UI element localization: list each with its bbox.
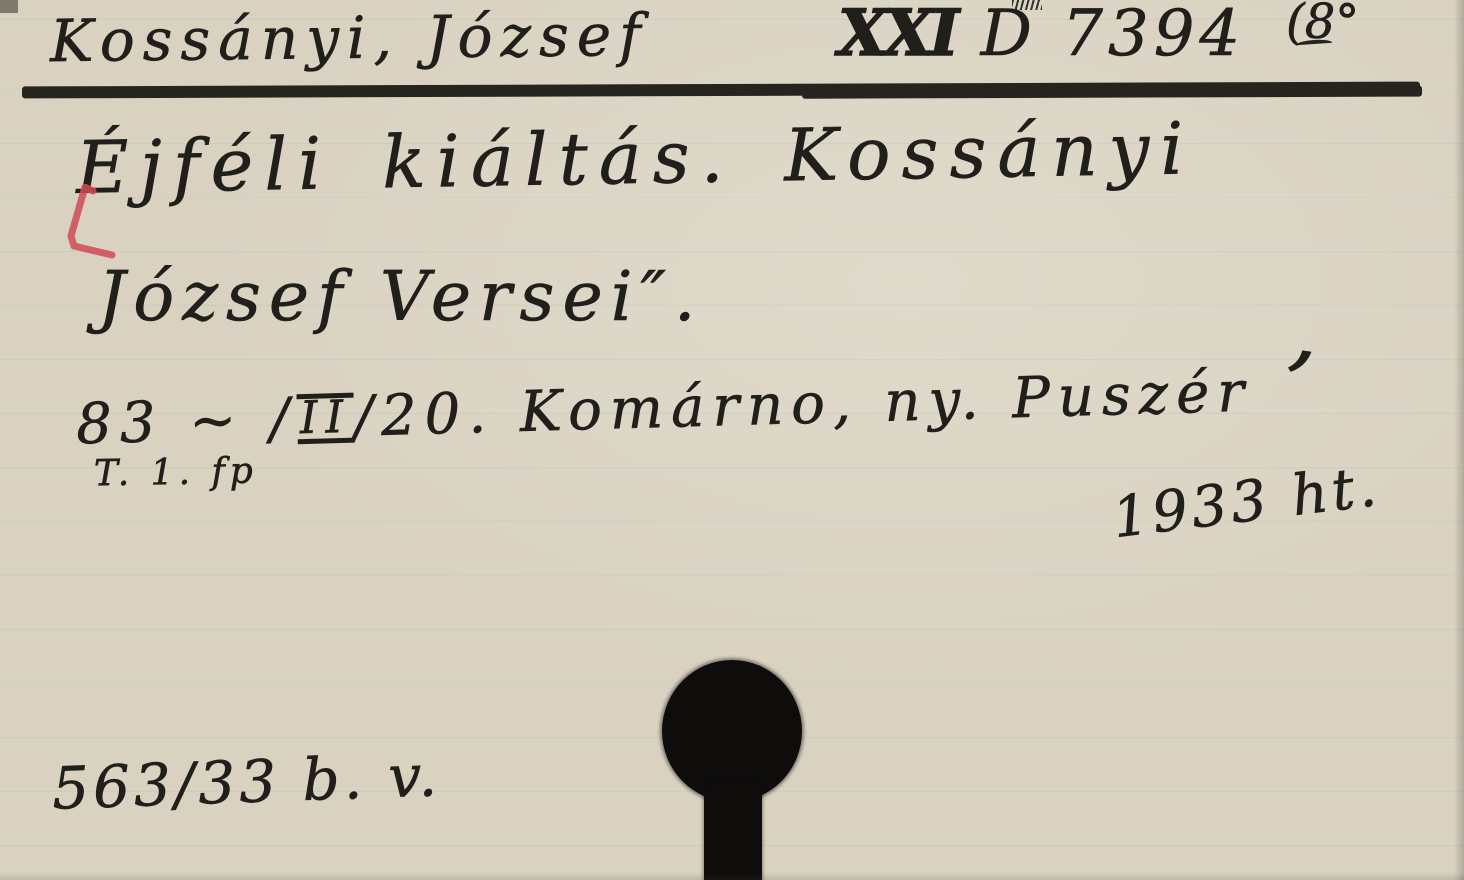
rod-hole-slot: [704, 784, 762, 880]
library-catalog-card: Kossányi, József XXI D 7394 (8° Éjféli k…: [0, 0, 1464, 880]
year-note: 1933 ht.: [1109, 454, 1384, 551]
heading-underline: [22, 82, 1420, 99]
author-heading: Kossányi, József: [50, 1, 649, 75]
card-bottom-edge-shadow: [0, 872, 1464, 880]
imprint-prefix: 83 ~ /: [75, 386, 297, 457]
red-check-icon: [60, 184, 118, 266]
accession-number: 563/33 b. v.: [51, 741, 442, 823]
scan-corner-artifact: [0, 0, 18, 13]
title-line-2: József Versei″.: [98, 258, 703, 337]
shelfmark-class: XXI: [838, 0, 955, 71]
rod-hole-icon: [662, 660, 802, 802]
shelfmark-number: D 7394: [981, 0, 1246, 71]
format-mark: (8°: [1286, 0, 1359, 50]
imprint-suffix: /20. Komárno, ny. Puszér: [353, 360, 1253, 450]
card-right-edge-shadow: [1454, 0, 1464, 880]
imprint-roman-numeral: II: [296, 393, 355, 445]
title-line-1: Éjféli kiáltás. Kossányi: [75, 106, 1195, 210]
copy-note: T. 1. fp: [94, 451, 258, 495]
shelfmark: XXI D 7394: [838, 0, 1245, 71]
collation-imprint-line: 83 ~ /II/20. Komárno, ny. Puszér: [75, 360, 1253, 458]
stray-comma-mark: ,: [1285, 277, 1328, 385]
